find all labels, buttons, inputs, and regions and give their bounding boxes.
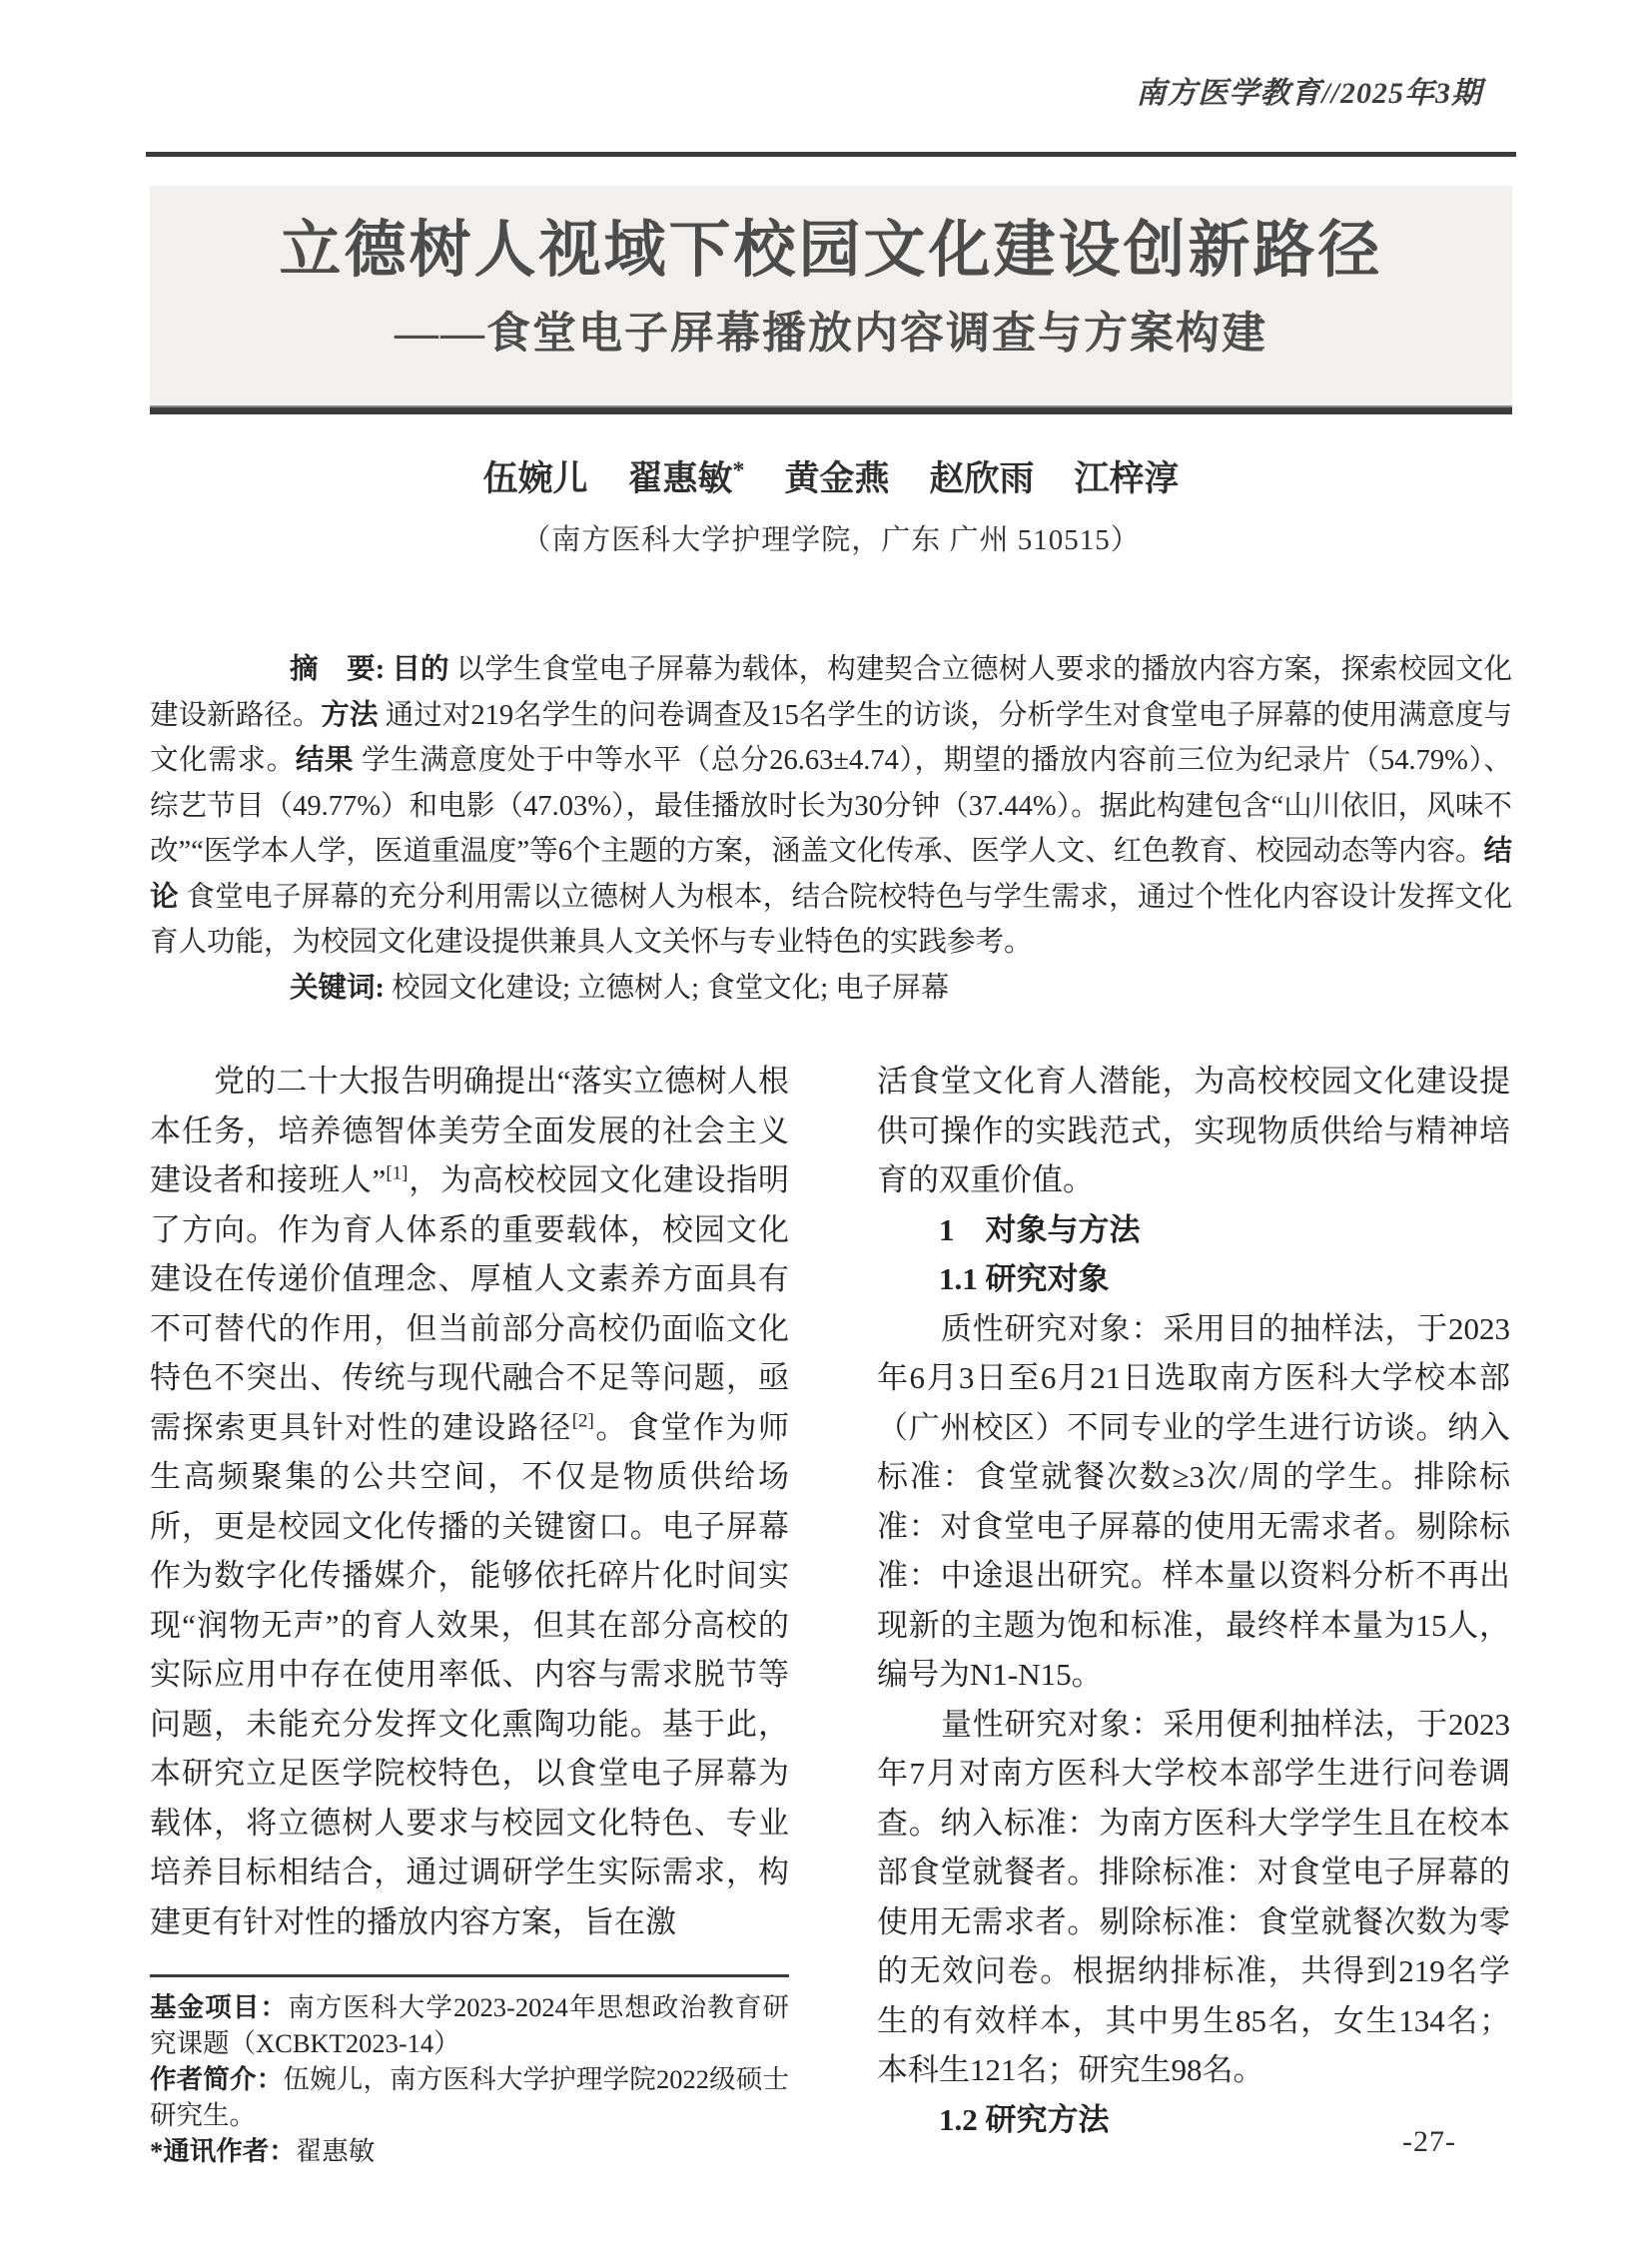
footnotes-block: 基金项目：南方医科大学2023-2024年思想政治教育研究课题（XCBKT202… <box>150 1989 789 2169</box>
section-heading-1: 1 对象与方法 <box>877 1205 1510 1255</box>
author-name: 黄金燕 <box>784 459 889 498</box>
header-rule <box>146 152 1516 157</box>
article-title: 立德树人视域下校园文化建设创新路径 <box>150 216 1512 287</box>
affiliation: （南方医科大学护理学院，广东 广州 510515） <box>150 517 1512 558</box>
title-box: 立德树人视域下校园文化建设创新路径 ——食堂电子屏幕播放内容调查与方案构建 <box>150 186 1512 407</box>
citation-ref-1: [1] <box>386 1163 408 1184</box>
objective-label: 目的 <box>392 654 455 685</box>
footnote-rule <box>150 1974 789 1977</box>
abstract-label: 摘 要: <box>290 654 392 685</box>
citation-ref-2: [2] <box>572 1410 594 1431</box>
quantitative-subjects-paragraph: 量性研究对象：采用便利抽样法，于2023年7月对南方医科大学校本部学生进行问卷调… <box>877 1700 1510 2095</box>
author-name-corresponding: 翟惠敏* <box>627 459 744 498</box>
article-subtitle: ——食堂电子屏幕播放内容调查与方案构建 <box>150 297 1512 361</box>
results-label: 结果 <box>296 745 362 776</box>
abstract-block: 摘 要: 目的 以学生食堂电子屏幕为载体，构建契合立德树人要求的播放内容方案，探… <box>150 647 1512 1011</box>
corresponding-label: *通讯作者： <box>150 2136 296 2166</box>
paper-page: 南方医学教育//2025年3期 立德树人视域下校园文化建设创新路径 ——食堂电子… <box>0 0 1652 2242</box>
intro-paragraph: 党的二十大报告明确提出“落实立德树人根本任务，培养德智体美劳全面发展的社会主义建… <box>150 1057 789 1946</box>
author-bio-label: 作者简介： <box>150 2064 283 2094</box>
keywords-line: 关键词: 校园文化建设; 立德树人; 食堂文化; 电子屏幕 <box>150 966 1512 1012</box>
author-line: 伍婉儿翟惠敏*黄金燕赵欣雨江梓淳 <box>150 451 1512 501</box>
corresponding-author-marker: * <box>732 457 744 483</box>
abstract-paragraph: 摘 要: 目的 以学生食堂电子屏幕为载体，构建契合立德树人要求的播放内容方案，探… <box>150 647 1512 966</box>
right-column: 活食堂文化育人潜能，为高校校园文化建设提供可操作的实践范式，实现物质供给与精神培… <box>877 1057 1510 2169</box>
title-rule <box>150 405 1512 414</box>
keywords-label: 关键词: <box>290 973 392 1004</box>
body-columns: 党的二十大报告明确提出“落实立德树人根本任务，培养德智体美劳全面发展的社会主义建… <box>150 1057 1510 2169</box>
conclusion-text: 食堂电子屏幕的充分利用需以立德树人为根本，结合院校特色与学生需求，通过个性化内容… <box>150 882 1512 959</box>
qualitative-subjects-paragraph: 质性研究对象：采用目的抽样法，于2023年6月3日至6月21日选取南方医科大学校… <box>877 1304 1510 1700</box>
author-name: 江梓淳 <box>1075 459 1180 498</box>
corresponding-footnote: *通讯作者：翟惠敏 <box>150 2133 789 2169</box>
author-bio-footnote: 作者简介：伍婉儿，南方医科大学护理学院2022级硕士研究生。 <box>150 2061 789 2133</box>
author-name: 赵欣雨 <box>930 459 1035 498</box>
left-column: 党的二十大报告明确提出“落实立德树人根本任务，培养德智体美劳全面发展的社会主义建… <box>150 1057 789 2169</box>
journal-issue-header: 南方医学教育//2025年3期 <box>1136 68 1482 112</box>
intro-continuation-paragraph: 活食堂文化育人潜能，为高校校园文化建设提供可操作的实践范式，实现物质供给与精神培… <box>877 1057 1510 1205</box>
page-number: -27- <box>1402 2125 1456 2159</box>
methods-label: 方法 <box>321 700 385 731</box>
author-name: 伍婉儿 <box>482 459 587 498</box>
fund-footnote: 基金项目：南方医科大学2023-2024年思想政治教育研究课题（XCBKT202… <box>150 1989 789 2061</box>
corresponding-text: 翟惠敏 <box>296 2136 376 2166</box>
keywords-text: 校园文化建设; 立德树人; 食堂文化; 电子屏幕 <box>392 973 949 1004</box>
fund-label: 基金项目： <box>150 1992 288 2022</box>
section-heading-1-1: 1.1 研究对象 <box>877 1254 1510 1304</box>
